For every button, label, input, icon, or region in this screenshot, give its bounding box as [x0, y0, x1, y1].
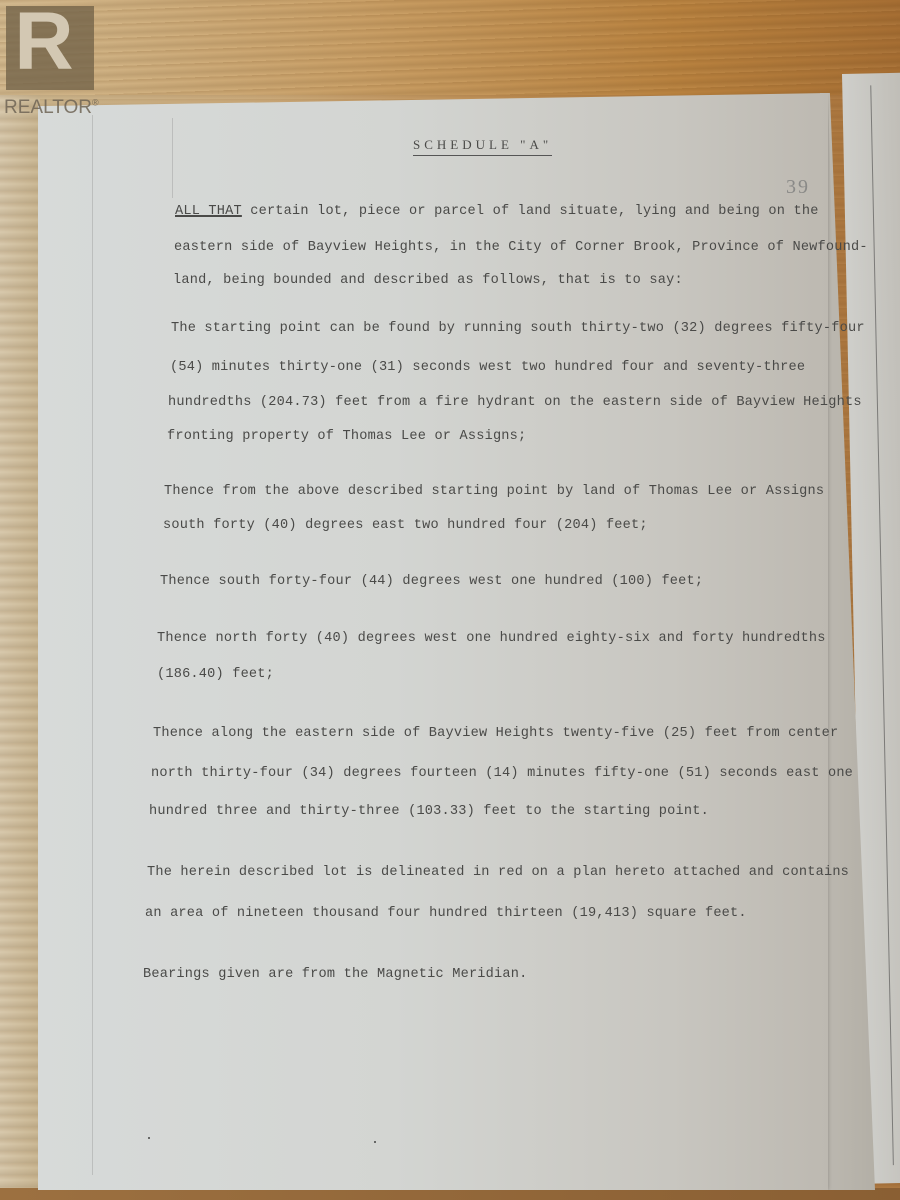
text-line: The herein described lot is delineated i… [147, 865, 849, 880]
paper-crease [172, 118, 173, 198]
lead-phrase: ALL THAT [175, 204, 242, 219]
paper-speck [374, 1141, 376, 1143]
text-line: south forty (40) degrees east two hundre… [163, 518, 648, 533]
text-line: Thence along the eastern side of Bayview… [153, 726, 838, 741]
page-number: 39 [786, 176, 810, 199]
text-line: Thence from the above described starting… [164, 484, 824, 499]
text-line: ALL THAT certain lot, piece or parcel of… [175, 204, 819, 219]
text-line: an area of nineteen thousand four hundre… [145, 906, 747, 921]
wood-table-background [0, 0, 900, 95]
text-line: (186.40) feet; [157, 667, 274, 682]
paper-speck [148, 1137, 150, 1139]
text-line: (54) minutes thirty-one (31) seconds wes… [170, 360, 805, 375]
text-line: The starting point can be found by runni… [171, 321, 865, 336]
realtor-r-icon: R [12, 6, 76, 78]
paper-crease [92, 115, 93, 1175]
text-line: hundred three and thirty-three (103.33) … [149, 804, 709, 819]
text-line: land, being bounded and described as fol… [173, 273, 683, 288]
text-line: Thence north forty (40) degrees west one… [157, 631, 826, 646]
text-line: eastern side of Bayview Heights, in the … [174, 240, 868, 255]
realtor-watermark: R REALTOR® [0, 0, 104, 125]
text-line: hundredths (204.73) feet from a fire hyd… [168, 395, 862, 410]
sheet-ruled-line [870, 85, 894, 1165]
text-line: fronting property of Thomas Lee or Assig… [167, 429, 526, 444]
text-line: north thirty-four (34) degrees fourteen … [151, 766, 853, 781]
document-title: SCHEDULE "A" [413, 137, 552, 156]
text-line: Thence south forty-four (44) degrees wes… [160, 574, 703, 589]
text-line: Bearings given are from the Magnetic Mer… [143, 967, 527, 982]
wood-table-left-edge [0, 95, 40, 1200]
realtor-wordmark: REALTOR® [4, 97, 99, 119]
